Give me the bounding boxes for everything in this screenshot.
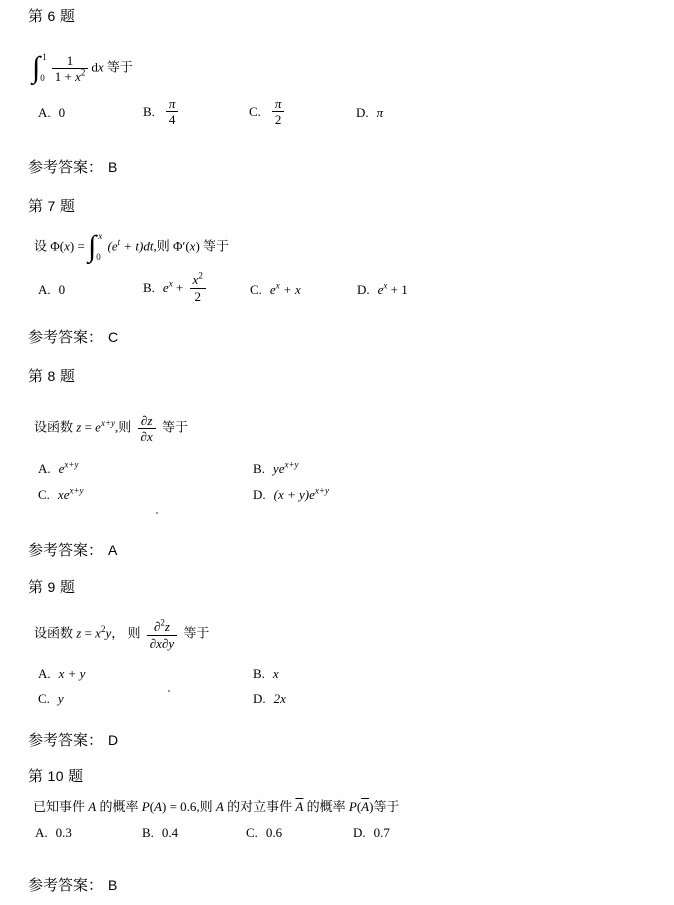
fraction-numerator: x2 (190, 272, 206, 289)
answer-letter: C (108, 329, 118, 345)
option-value: y (58, 691, 64, 706)
answer-prefix: 参考答案： (28, 160, 103, 176)
integral-lower-bound: 0 (96, 253, 102, 262)
question-number: 10 (48, 768, 65, 784)
option-value: ex + (163, 280, 187, 296)
question-7-title: 第7题 (28, 197, 75, 216)
fraction-numerator: ∂z (138, 414, 156, 429)
formula-lead: 设函数 (34, 419, 76, 434)
fraction: 11 + x2 (52, 54, 89, 83)
fraction: π4 (166, 97, 179, 126)
option-label: B. (143, 104, 155, 120)
integral-upper-bound: 1 (42, 53, 47, 62)
answer-prefix: 参考答案： (28, 733, 103, 749)
question-9-formula: 设函数 z = x2y， 则 ∂2z∂x∂y 等于 (34, 619, 209, 650)
question-7-answer: 参考答案：C (28, 328, 118, 347)
integral-upper-bound: x (98, 232, 102, 241)
formula-tail: 则 Φ′( (157, 238, 190, 253)
option-label: A. (38, 282, 51, 297)
option-value: 0.3 (56, 825, 72, 840)
integrand: + t)dt, (120, 238, 157, 253)
option-value: 0 (59, 105, 66, 120)
event-variable: A (154, 799, 162, 814)
option-label: A. (38, 105, 51, 120)
question-number: 6 (48, 8, 56, 24)
option-value: 0.7 (374, 825, 390, 840)
question-8-option-c: C.xex+y (38, 487, 84, 503)
integral: ∫x0 (88, 231, 102, 264)
integral-lower-bound: 0 (40, 74, 47, 83)
question-number: 9 (48, 579, 56, 595)
title-text: 题 (60, 580, 76, 596)
option-label: B. (253, 666, 265, 681)
question-number: 7 (48, 198, 56, 214)
exam-page: 第6题 ∫1011 + x2dx 等于 A.0 B.π4 C.π2 D.π 参考… (0, 0, 674, 905)
option-value: x + y (59, 666, 86, 681)
question-6-option-c: C.π2 (249, 97, 287, 126)
formula-lead: ) = (70, 238, 88, 253)
question-9-option-a: A.x + y (38, 666, 85, 682)
question-number: 8 (48, 368, 56, 384)
integral: ∫10 (32, 52, 47, 85)
denominator-text: 1 + (55, 69, 75, 84)
answer-letter: B (108, 877, 117, 893)
probability-symbol: P (142, 799, 150, 814)
fraction-denominator: ∂x∂y (147, 636, 177, 650)
option-label: B. (142, 825, 154, 840)
fraction-denominator: 1 + x2 (52, 69, 89, 83)
title-text: 题 (68, 769, 84, 785)
question-10-title: 第10题 (28, 767, 84, 786)
fraction-numerator: ∂2z (147, 619, 177, 636)
formula-tail: 等于 (104, 59, 133, 74)
option-label: A. (35, 825, 48, 840)
question-6-option-b: B.π4 (143, 97, 181, 126)
fraction-denominator: 4 (166, 112, 179, 126)
question-6-answer: 参考答案：B (28, 158, 117, 177)
title-text: 第 (28, 369, 44, 385)
question-8-option-b: B.yex+y (253, 461, 299, 477)
option-label: C. (38, 487, 50, 502)
probability-symbol: P (349, 799, 357, 814)
option-value: 0 (59, 282, 66, 297)
exponent: x+y (64, 460, 78, 470)
question-8-answer: 参考答案：A (28, 541, 117, 560)
formula-tail: 等于 (180, 625, 209, 640)
fraction-denominator: 2 (272, 112, 285, 126)
complement-event-variable: A (361, 799, 369, 814)
option-label: C. (246, 825, 258, 840)
option-value: 0.4 (162, 825, 178, 840)
question-6-title: 第6题 (28, 7, 75, 26)
answer-prefix: 参考答案： (28, 543, 103, 559)
fraction-numerator: π (272, 97, 285, 112)
option-value: x (273, 666, 279, 681)
question-6-option-d: D.π (356, 105, 383, 121)
question-8-option-a: A.ex+y (38, 461, 78, 477)
integral-bounds: x0 (96, 231, 102, 264)
title-text: 第 (28, 9, 44, 25)
numerator-variable: z (165, 619, 170, 634)
question-9-option-b: B.x (253, 666, 279, 682)
option-label: C. (38, 691, 50, 706)
base: xe (58, 487, 70, 502)
question-9-answer: 参考答案：D (28, 731, 118, 750)
answer-prefix: 参考答案： (28, 878, 103, 894)
base: ye (273, 461, 285, 476)
plus: + (173, 280, 187, 295)
answer-prefix: 参考答案： (28, 330, 103, 346)
question-10-option-d: D.0.7 (353, 825, 390, 841)
equals: = (81, 419, 95, 434)
question-8-formula: 设函数 z = ex+y,则 ∂z∂x 等于 (34, 414, 188, 443)
event-variable: A (216, 799, 224, 814)
title-text: 题 (60, 369, 76, 385)
title-text: 第 (28, 199, 44, 215)
denominator-exponent: 2 (81, 68, 86, 78)
integral-bounds: 10 (40, 52, 47, 85)
fraction: x22 (190, 272, 206, 303)
question-10-option-a: A.0.3 (35, 825, 72, 841)
question-9-title: 第9题 (28, 578, 75, 597)
question-7-option-c: C.ex + x (250, 282, 301, 298)
exponent: x+y (284, 460, 298, 470)
option-label: D. (357, 282, 370, 297)
statement-text: 的对立事件 (224, 799, 296, 814)
ink-speck (168, 690, 170, 692)
fraction-denominator: ∂x (138, 429, 156, 443)
question-7-option-d: D.ex + 1 (357, 282, 408, 298)
question-7-option-b: B.ex + x22 (143, 272, 209, 303)
base: (x + y)e (274, 487, 315, 502)
question-6-option-a: A.0 (38, 105, 65, 121)
option-value: 2x (274, 691, 286, 706)
option-value: + 1 (387, 282, 407, 297)
question-8-option-d: D.(x + y)ex+y (253, 487, 329, 503)
option-label: D. (253, 691, 266, 706)
statement-text: 的概率 (96, 799, 142, 814)
title-text: 题 (60, 9, 76, 25)
option-value: 0.6 (266, 825, 282, 840)
question-10-option-c: C.0.6 (246, 825, 282, 841)
title-text: 题 (60, 199, 76, 215)
question-9-option-c: C.y (38, 691, 64, 707)
formula-lead: 设 Φ( (34, 238, 64, 253)
fraction-numerator: π (166, 97, 179, 112)
formula-lead: 设函数 (34, 625, 76, 640)
question-10-option-b: B.0.4 (142, 825, 178, 841)
question-7-formula: 设 Φ(x) = ∫x0 (et + t)dt,则 Φ′(x) 等于 (34, 231, 229, 264)
exponent: x+y (315, 486, 329, 496)
ink-speck (156, 512, 158, 514)
question-10-answer: 参考答案：B (28, 876, 117, 895)
equals: = (81, 625, 95, 640)
formula-tail: 等于 (159, 419, 188, 434)
fraction: π2 (272, 97, 285, 126)
title-text: 第 (28, 580, 44, 596)
statement-text: 则 (200, 799, 216, 814)
formula-tail: ) 等于 (195, 238, 229, 253)
numerator-exponent: 2 (198, 271, 203, 281)
partial-derivative-fraction: ∂2z∂x∂y (147, 619, 177, 650)
answer-letter: A (108, 542, 117, 558)
option-label: D. (253, 487, 266, 502)
option-label: B. (253, 461, 265, 476)
integral-sign: ∫ (32, 52, 40, 85)
question-9-option-d: D.2x (253, 691, 286, 707)
option-label: D. (356, 105, 369, 120)
statement-text: 已知事件 (33, 799, 88, 814)
option-value: + x (280, 282, 301, 297)
option-label: D. (353, 825, 366, 840)
option-label: C. (250, 282, 262, 297)
value-text: ) = 0.6, (162, 799, 200, 814)
title-text: 第 (28, 769, 44, 785)
question-8-title: 第8题 (28, 367, 75, 386)
option-label: C. (249, 104, 261, 120)
answer-letter: B (108, 159, 117, 175)
statement-text: 的概率 (303, 799, 349, 814)
exponent: x+y (69, 486, 83, 496)
formula-mid: ,则 (115, 419, 135, 434)
formula-mid: ， 则 (111, 625, 144, 640)
option-value: π (377, 105, 384, 120)
option-label: A. (38, 666, 51, 681)
partial-derivative-fraction: ∂z∂x (138, 414, 156, 443)
fraction-denominator: 2 (190, 289, 206, 303)
integrand: (e (104, 238, 117, 253)
option-label: B. (143, 280, 155, 296)
question-6-formula: ∫1011 + x2dx 等于 (32, 52, 133, 85)
option-label: A. (38, 461, 51, 476)
integral-sign: ∫ (88, 231, 96, 264)
question-10-statement: 已知事件 A 的概率 P(A) = 0.6,则 A 的对立事件 A 的概率 P(… (33, 799, 399, 815)
statement-text: 等于 (373, 799, 399, 814)
answer-letter: D (108, 732, 118, 748)
question-7-option-a: A.0 (38, 282, 65, 298)
exponent: x+y (101, 418, 115, 428)
